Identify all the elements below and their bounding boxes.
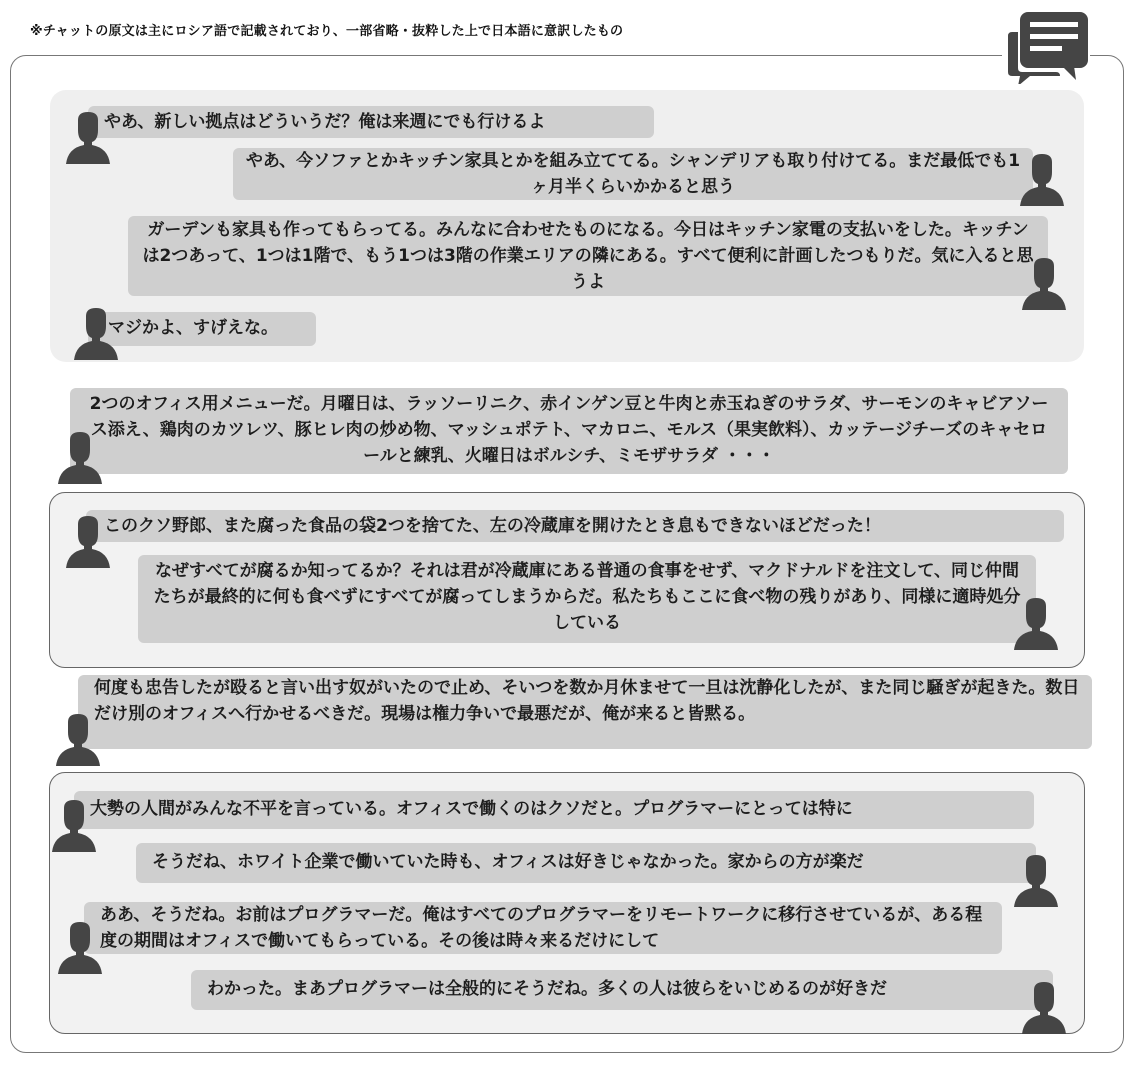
- message-bubble: ガーデンも家具も作ってもらってる。みんなに合わせたものになる。今日はキッチン家電…: [128, 216, 1048, 296]
- user-avatar-icon: [64, 112, 112, 164]
- user-avatar-icon: [72, 308, 120, 360]
- message-bubble: ああ、そうだね。お前はプログラマーだ。俺はすべてのプログラマーをリモートワークに…: [84, 902, 1002, 954]
- user-avatar-icon: [1012, 598, 1060, 650]
- message-bubble: やあ、新しい拠点はどういうだ？俺は来週にでも行けるよ: [88, 106, 654, 138]
- user-avatar-icon: [56, 922, 104, 974]
- user-avatar-icon: [50, 800, 98, 852]
- message-bubble: わかった。まあプログラマーは全般的にそうだね。多くの人は彼らをいじめるのが好きだ: [191, 970, 1053, 1010]
- user-avatar-icon: [1020, 258, 1068, 310]
- user-avatar-icon: [1018, 154, 1066, 206]
- user-avatar-icon: [1012, 855, 1060, 907]
- translation-note: ※チャットの原文は主にロシア語で記載されており、一部省略・抜粋した上で日本語に意…: [30, 20, 623, 39]
- user-avatar-icon: [54, 714, 102, 766]
- message-bubble: マジかよ、すげえな。: [88, 312, 316, 346]
- message-bubble: 何度も忠告したが殴ると言い出す奴がいたので止め、そいつを数か月休ませて一旦は沈静…: [78, 675, 1092, 749]
- message-bubble: 大勢の人間がみんな不平を言っている。オフィスで働くのはクソだと。プログラマーにと…: [74, 791, 1034, 829]
- user-avatar-icon: [56, 432, 104, 484]
- message-bubble: そうだね、ホワイト企業で働いていた時も、オフィスは好きじゃなかった。家からの方が…: [136, 843, 1036, 883]
- chat-bubbles-icon: [1002, 10, 1090, 84]
- user-avatar-icon: [1020, 982, 1068, 1034]
- message-bubble: なぜすべてが腐るか知ってるか？それは君が冷蔵庫にある普通の食事をせず、マクドナル…: [138, 555, 1036, 643]
- message-bubble: このクソ野郎、また腐った食品の袋2つを捨てた、左の冷蔵庫を開けたとき息もできない…: [86, 510, 1064, 542]
- user-avatar-icon: [64, 516, 112, 568]
- message-bubble: 2つのオフィス用メニューだ。月曜日は、ラッソーリニク、赤インゲン豆と牛肉と赤玉ね…: [70, 388, 1068, 474]
- message-bubble: やあ、今ソファとかキッチン家具とかを組み立ててる。シャンデリアも取り付けてる。ま…: [233, 148, 1033, 200]
